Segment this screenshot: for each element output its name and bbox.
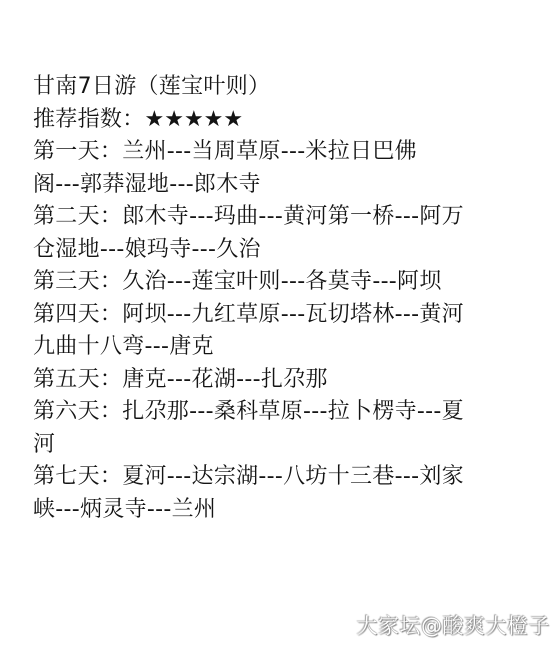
day5-line-1: 第五天：唐克---花湖---扎尕那 bbox=[33, 364, 533, 397]
day2-line-1: 第二天：郎木寺---玛曲---黄河第一桥---阿万 bbox=[33, 201, 533, 234]
day3-line-1: 第三天：久治---莲宝叶则---各莫寺---阿坝 bbox=[33, 266, 533, 299]
watermark: 大家坛@酸爽大橙子 bbox=[357, 610, 551, 640]
day1-line-2: 阁---郭莽湿地---郎木寺 bbox=[33, 169, 533, 202]
itinerary-text: 甘南7日游（莲宝叶则） 推荐指数：★★★★★ 第一天：兰州---当周草原---米… bbox=[33, 71, 533, 526]
star-rating-icon: ★★★★★ bbox=[145, 107, 244, 132]
day6-line-1: 第六天：扎尕那---桑科草原---拉卜楞寺---夏 bbox=[33, 396, 533, 429]
rating-label: 推荐指数： bbox=[33, 107, 145, 132]
day6-line-2: 河 bbox=[33, 429, 533, 462]
rating-row: 推荐指数：★★★★★ bbox=[33, 104, 533, 137]
day4-line-1: 第四天：阿坝---九红草原---瓦切塔林---黄河 bbox=[33, 299, 533, 332]
day1-line-1: 第一天：兰州---当周草原---米拉日巴佛 bbox=[33, 136, 533, 169]
day2-line-2: 仓湿地---娘玛寺---久治 bbox=[33, 234, 533, 267]
page-title: 甘南7日游（莲宝叶则） bbox=[33, 71, 533, 104]
day7-line-2: 峡---炳灵寺---兰州 bbox=[33, 494, 533, 527]
day7-line-1: 第七天：夏河---达宗湖---八坊十三巷---刘家 bbox=[33, 461, 533, 494]
day4-line-2: 九曲十八弯---唐克 bbox=[33, 331, 533, 364]
